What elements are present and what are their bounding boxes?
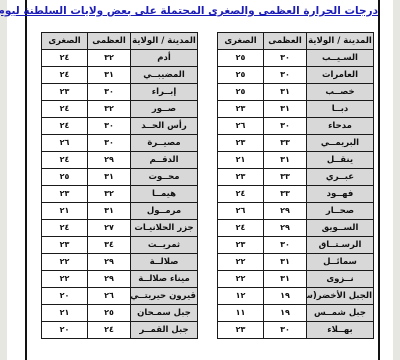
max-temp-cell: ٣٠ (264, 118, 307, 135)
min-temp-cell: ٢٠ (42, 322, 88, 339)
max-temp-cell: ٣٠ (264, 50, 307, 67)
max-temp-cell: ٢٩ (264, 220, 307, 237)
city-cell: سمائــل (307, 254, 374, 271)
header-max-temp: العظمى (264, 33, 307, 50)
max-temp-cell: ٣٠ (88, 118, 131, 135)
city-cell: فهــود (307, 186, 374, 203)
city-cell: هيمــا (131, 186, 198, 203)
min-temp-cell: ٢٥ (42, 169, 88, 186)
city-cell: جبل القمــر (131, 322, 198, 339)
table-body: أدم٣٢٢٤المضيبــي٣١٢٤إبــراء٣٠٢٣صــور٣٢٢٤… (42, 50, 198, 339)
max-temp-cell: ٣٠ (264, 67, 307, 84)
min-temp-cell: ٢٤ (42, 152, 88, 169)
table-row: مصيــرة٣٠٢٦ (42, 135, 198, 152)
table-row: العامرات٣٠٢٥ (218, 67, 374, 84)
city-cell: رأس الحــد (131, 118, 198, 135)
min-temp-cell: ٢١ (218, 152, 264, 169)
max-temp-cell: ٣٠ (264, 237, 307, 254)
table-row: الرسـتــاق٣٠٢٣ (218, 237, 374, 254)
min-temp-cell: ٢٤ (42, 118, 88, 135)
min-temp-cell: ٢٣ (218, 135, 264, 152)
city-cell: جبل سمـحان (131, 305, 198, 322)
min-temp-cell: ٢١ (42, 203, 88, 220)
max-temp-cell: ٢٤ (88, 322, 131, 339)
city-cell: محــوت (131, 169, 198, 186)
city-cell: نــزوى (307, 271, 374, 288)
table-row: جزر الحلانيـات٢٧٢٤ (42, 220, 198, 237)
table-row: جبل القمــر٢٤٢٠ (42, 322, 198, 339)
min-temp-cell: ٢٣ (218, 322, 264, 339)
table-row: صــور٣٢٢٤ (42, 101, 198, 118)
max-temp-cell: ٣٤ (88, 237, 131, 254)
city-cell: المضيبــي (131, 67, 198, 84)
min-temp-cell: ٢٤ (218, 186, 264, 203)
header-row: المدينة / الولاية العظمى الصغرى (42, 33, 198, 50)
table-row: أدم٣٢٢٤ (42, 50, 198, 67)
city-cell: صــور (131, 101, 198, 118)
max-temp-cell: ٢٩ (88, 271, 131, 288)
city-cell: بهــلاء (307, 322, 374, 339)
table-row: عبــري٣٣٢٣ (218, 169, 374, 186)
city-cell: الدقــم (131, 152, 198, 169)
min-temp-cell: ٢٤ (42, 50, 88, 67)
table-row: البريمــي٣٣٢٣ (218, 135, 374, 152)
table-row: سمائــل٣١٢٢ (218, 254, 374, 271)
city-cell: البريمــي (307, 135, 374, 152)
table-row: صلالــة٢٩٢٢ (42, 254, 198, 271)
max-temp-cell: ١٩ (264, 305, 307, 322)
min-temp-cell: ٢٦ (42, 135, 88, 152)
max-temp-cell: ٣٢ (88, 101, 131, 118)
min-temp-cell: ٢٤ (218, 220, 264, 237)
table-row: الســويق٢٩٢٤ (218, 220, 374, 237)
min-temp-cell: ٢٣ (218, 101, 264, 118)
table-row: ثمريــت٣٤٢٣ (42, 237, 198, 254)
document-window: درجات الحرارة العظمى والصغرى المحتملة عل… (0, 0, 400, 360)
city-cell: أدم (131, 50, 198, 67)
tables-container: المدينة / الولاية العظمى الصغرى السـيــب… (27, 32, 378, 339)
header-min-temp: الصغرى (42, 33, 88, 50)
max-temp-cell: ٣٣ (264, 135, 307, 152)
max-temp-cell: ٣٠ (88, 84, 131, 101)
max-temp-cell: ٢٩ (88, 254, 131, 271)
city-cell: جزر الحلانيـات (131, 220, 198, 237)
max-temp-cell: ٢٧ (88, 220, 131, 237)
min-temp-cell: ٢٣ (218, 169, 264, 186)
table-body: السـيــب٣٠٢٥العامرات٣٠٢٥خصــب٣١٢٥دبــا٣١… (218, 50, 374, 339)
table-row: مرمــول٣١٢١ (42, 203, 198, 220)
document-page: درجات الحرارة العظمى والصغرى المحتملة عل… (7, 0, 393, 360)
city-cell: قيرون حيريتــي (131, 288, 198, 305)
max-temp-cell: ٣١ (264, 101, 307, 118)
min-temp-cell: ٢٥ (218, 50, 264, 67)
table-row: دبــا٣١٢٣ (218, 101, 374, 118)
city-cell: مرمــول (131, 203, 198, 220)
city-cell: مصيــرة (131, 135, 198, 152)
city-cell: السـيــب (307, 50, 374, 67)
min-temp-cell: ٢٣ (42, 186, 88, 203)
table-row: هيمــا٣٢٢٣ (42, 186, 198, 203)
table-row: فهــود٣٣٢٤ (218, 186, 374, 203)
max-temp-cell: ٣٢ (88, 50, 131, 67)
max-temp-cell: ٣١ (88, 203, 131, 220)
table-row: بهــلاء٣٠٢٣ (218, 322, 374, 339)
min-temp-cell: ٢٢ (218, 254, 264, 271)
min-temp-cell: ٢٣ (218, 237, 264, 254)
city-cell: العامرات (307, 67, 374, 84)
header-max-temp: العظمى (88, 33, 131, 50)
min-temp-cell: ٢٠ (42, 288, 88, 305)
city-cell: ينقــل (307, 152, 374, 169)
max-temp-cell: ٣٢ (88, 186, 131, 203)
max-temp-cell: ٣١ (264, 271, 307, 288)
table-row: نــزوى٣١٢٢ (218, 271, 374, 288)
city-cell: جبل شمــس (307, 305, 374, 322)
table-row: ينقــل٣١٢١ (218, 152, 374, 169)
min-temp-cell: ٢٦ (218, 203, 264, 220)
city-cell: مدحاء (307, 118, 374, 135)
table-row: ميناء صلالــة٢٩٢٢ (42, 271, 198, 288)
max-temp-cell: ٢٩ (88, 152, 131, 169)
max-temp-cell: ٣١ (88, 67, 131, 84)
min-temp-cell: ٢٤ (42, 220, 88, 237)
temperature-table-right: المدينة / الولاية العظمى الصغرى السـيــب… (217, 32, 374, 339)
table-header: المدينة / الولاية العظمى الصغرى (42, 33, 198, 50)
header-city: المدينة / الولاية (307, 33, 374, 50)
max-temp-cell: ٣٣ (264, 186, 307, 203)
page-border-frame: درجات الحرارة العظمى والصغرى المحتملة عل… (25, 0, 380, 360)
city-cell: دبــا (307, 101, 374, 118)
max-temp-cell: ٢٥ (88, 305, 131, 322)
max-temp-cell: ٢٩ (264, 203, 307, 220)
max-temp-cell: ١٩ (264, 288, 307, 305)
table-row: صحــار٢٩٢٦ (218, 203, 374, 220)
city-cell: خصــب (307, 84, 374, 101)
min-temp-cell: ٢١ (42, 305, 88, 322)
city-cell: صلالــة (131, 254, 198, 271)
header-min-temp: الصغرى (218, 33, 264, 50)
max-temp-cell: ٣٣ (264, 169, 307, 186)
min-temp-cell: ٢٦ (218, 118, 264, 135)
city-cell: الســويق (307, 220, 374, 237)
min-temp-cell: ٢٢ (42, 271, 88, 288)
table-row: الدقــم٢٩٢٤ (42, 152, 198, 169)
header-row: المدينة / الولاية العظمى الصغرى (218, 33, 374, 50)
table-row: مدحاء٣٠٢٦ (218, 118, 374, 135)
table-row: المضيبــي٣١٢٤ (42, 67, 198, 84)
min-temp-cell: ٢٣ (42, 84, 88, 101)
table-row: إبــراء٣٠٢٣ (42, 84, 198, 101)
max-temp-cell: ٢٦ (88, 288, 131, 305)
min-temp-cell: ٢٣ (42, 237, 88, 254)
table-row: محــوت٣١٢٥ (42, 169, 198, 186)
header-city: المدينة / الولاية (131, 33, 198, 50)
table-row: السـيــب٣٠٢٥ (218, 50, 374, 67)
max-temp-cell: ٣١ (264, 84, 307, 101)
min-temp-cell: ٢٤ (42, 67, 88, 84)
max-temp-cell: ٣١ (264, 254, 307, 271)
city-cell: الجبل الأخضر(سيق) (307, 288, 374, 305)
min-temp-cell: ٢٢ (218, 271, 264, 288)
city-cell: إبــراء (131, 84, 198, 101)
min-temp-cell: ٢٥ (218, 84, 264, 101)
table-row: خصــب٣١٢٥ (218, 84, 374, 101)
max-temp-cell: ٣١ (264, 152, 307, 169)
document-title: درجات الحرارة العظمى والصغرى المحتملة عل… (27, 4, 378, 19)
city-cell: ميناء صلالــة (131, 271, 198, 288)
table-row: جبل سمـحان٢٥٢١ (42, 305, 198, 322)
min-temp-cell: ٢٢ (42, 254, 88, 271)
table-row: قيرون حيريتــي٢٦٢٠ (42, 288, 198, 305)
table-row: جبل شمــس١٩١١ (218, 305, 374, 322)
min-temp-cell: ٢٥ (218, 67, 264, 84)
min-temp-cell: ١٢ (218, 288, 264, 305)
min-temp-cell: ١١ (218, 305, 264, 322)
max-temp-cell: ٣٠ (264, 322, 307, 339)
temperature-table-left: المدينة / الولاية العظمى الصغرى أدم٣٢٢٤ا… (41, 32, 198, 339)
city-cell: عبــري (307, 169, 374, 186)
city-cell: ثمريــت (131, 237, 198, 254)
table-header: المدينة / الولاية العظمى الصغرى (218, 33, 374, 50)
max-temp-cell: ٣١ (88, 169, 131, 186)
city-cell: الرسـتــاق (307, 237, 374, 254)
city-cell: صحــار (307, 203, 374, 220)
table-row: رأس الحــد٣٠٢٤ (42, 118, 198, 135)
table-row: الجبل الأخضر(سيق)١٩١٢ (218, 288, 374, 305)
max-temp-cell: ٣٠ (88, 135, 131, 152)
min-temp-cell: ٢٤ (42, 101, 88, 118)
